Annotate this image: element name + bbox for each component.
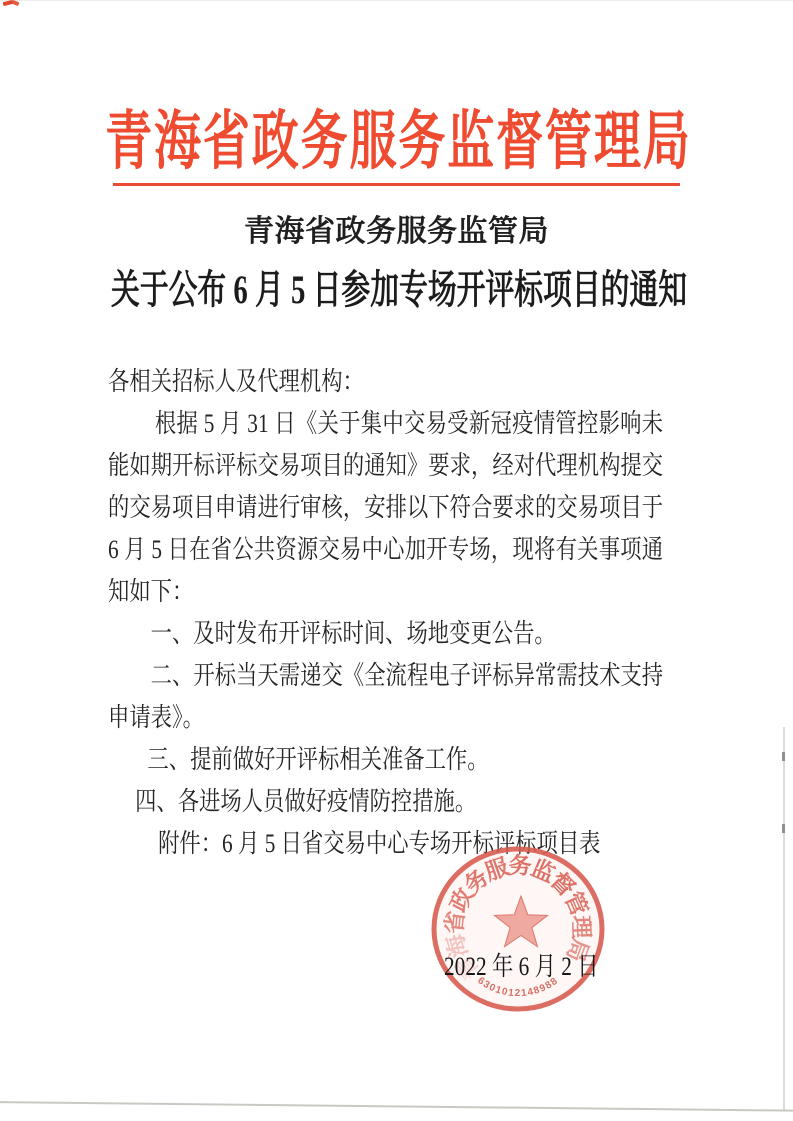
issue-date: 2022 年 6 月 2 日	[444, 946, 599, 983]
letterhead-agency-title: 青海省政务服务监督管理局	[105, 90, 688, 182]
body-line: 申请表》。	[108, 697, 663, 739]
body-line-item-4: 四、各进场人员做好疫情防控措施。	[108, 781, 663, 823]
scan-right-edge	[783, 727, 785, 1110]
body-line-item-1: 一、及时发布开评标时间、场地变更公告。	[108, 613, 663, 655]
official-seal: 青海省政务服务监督管理局 6301012148988	[428, 845, 612, 1017]
scan-edge-mark	[782, 752, 785, 761]
body-line: 能如期开标评标交易项目的通知》要求，经对代理机构提交	[108, 445, 663, 487]
body-line: 知如下：	[108, 571, 663, 613]
body-line-item-3: 三、提前做好开评标相关准备工作。	[108, 739, 663, 781]
notice-title: 关于公布 6 月 5 日参加专场开评标项目的通知	[111, 258, 682, 315]
body-line: 6 月 5 日在省公共资源交易中心加开专场，现将有关事项通	[108, 529, 663, 571]
scan-edge-mark	[782, 824, 785, 833]
letterhead-divider	[113, 183, 680, 186]
body-line: 根据 5 月 31 日《关于集中交易受新冠疫情管控影响未	[108, 403, 663, 445]
scanned-notice-page: 青海省政务服务监督管理局 青海省政务服务监管局 关于公布 6 月 5 日参加专场…	[0, 0, 793, 1121]
scan-bottom-edge	[0, 1101, 793, 1112]
body-line-item-2: 二、开标当天需递交《全流程电子评标异常需技术支持	[108, 655, 663, 697]
body-line-salutation: 各相关招标人及代理机构：	[108, 361, 663, 403]
scan-top-edge	[0, 0, 793, 1]
issuer-line: 青海省政务服务监管局	[0, 206, 793, 250]
notice-body: 各相关招标人及代理机构： 根据 5 月 31 日《关于集中交易受新冠疫情管控影响…	[108, 361, 663, 865]
body-line: 的交易项目申请进行审核，安排以下符合要求的交易项目于	[108, 487, 663, 529]
